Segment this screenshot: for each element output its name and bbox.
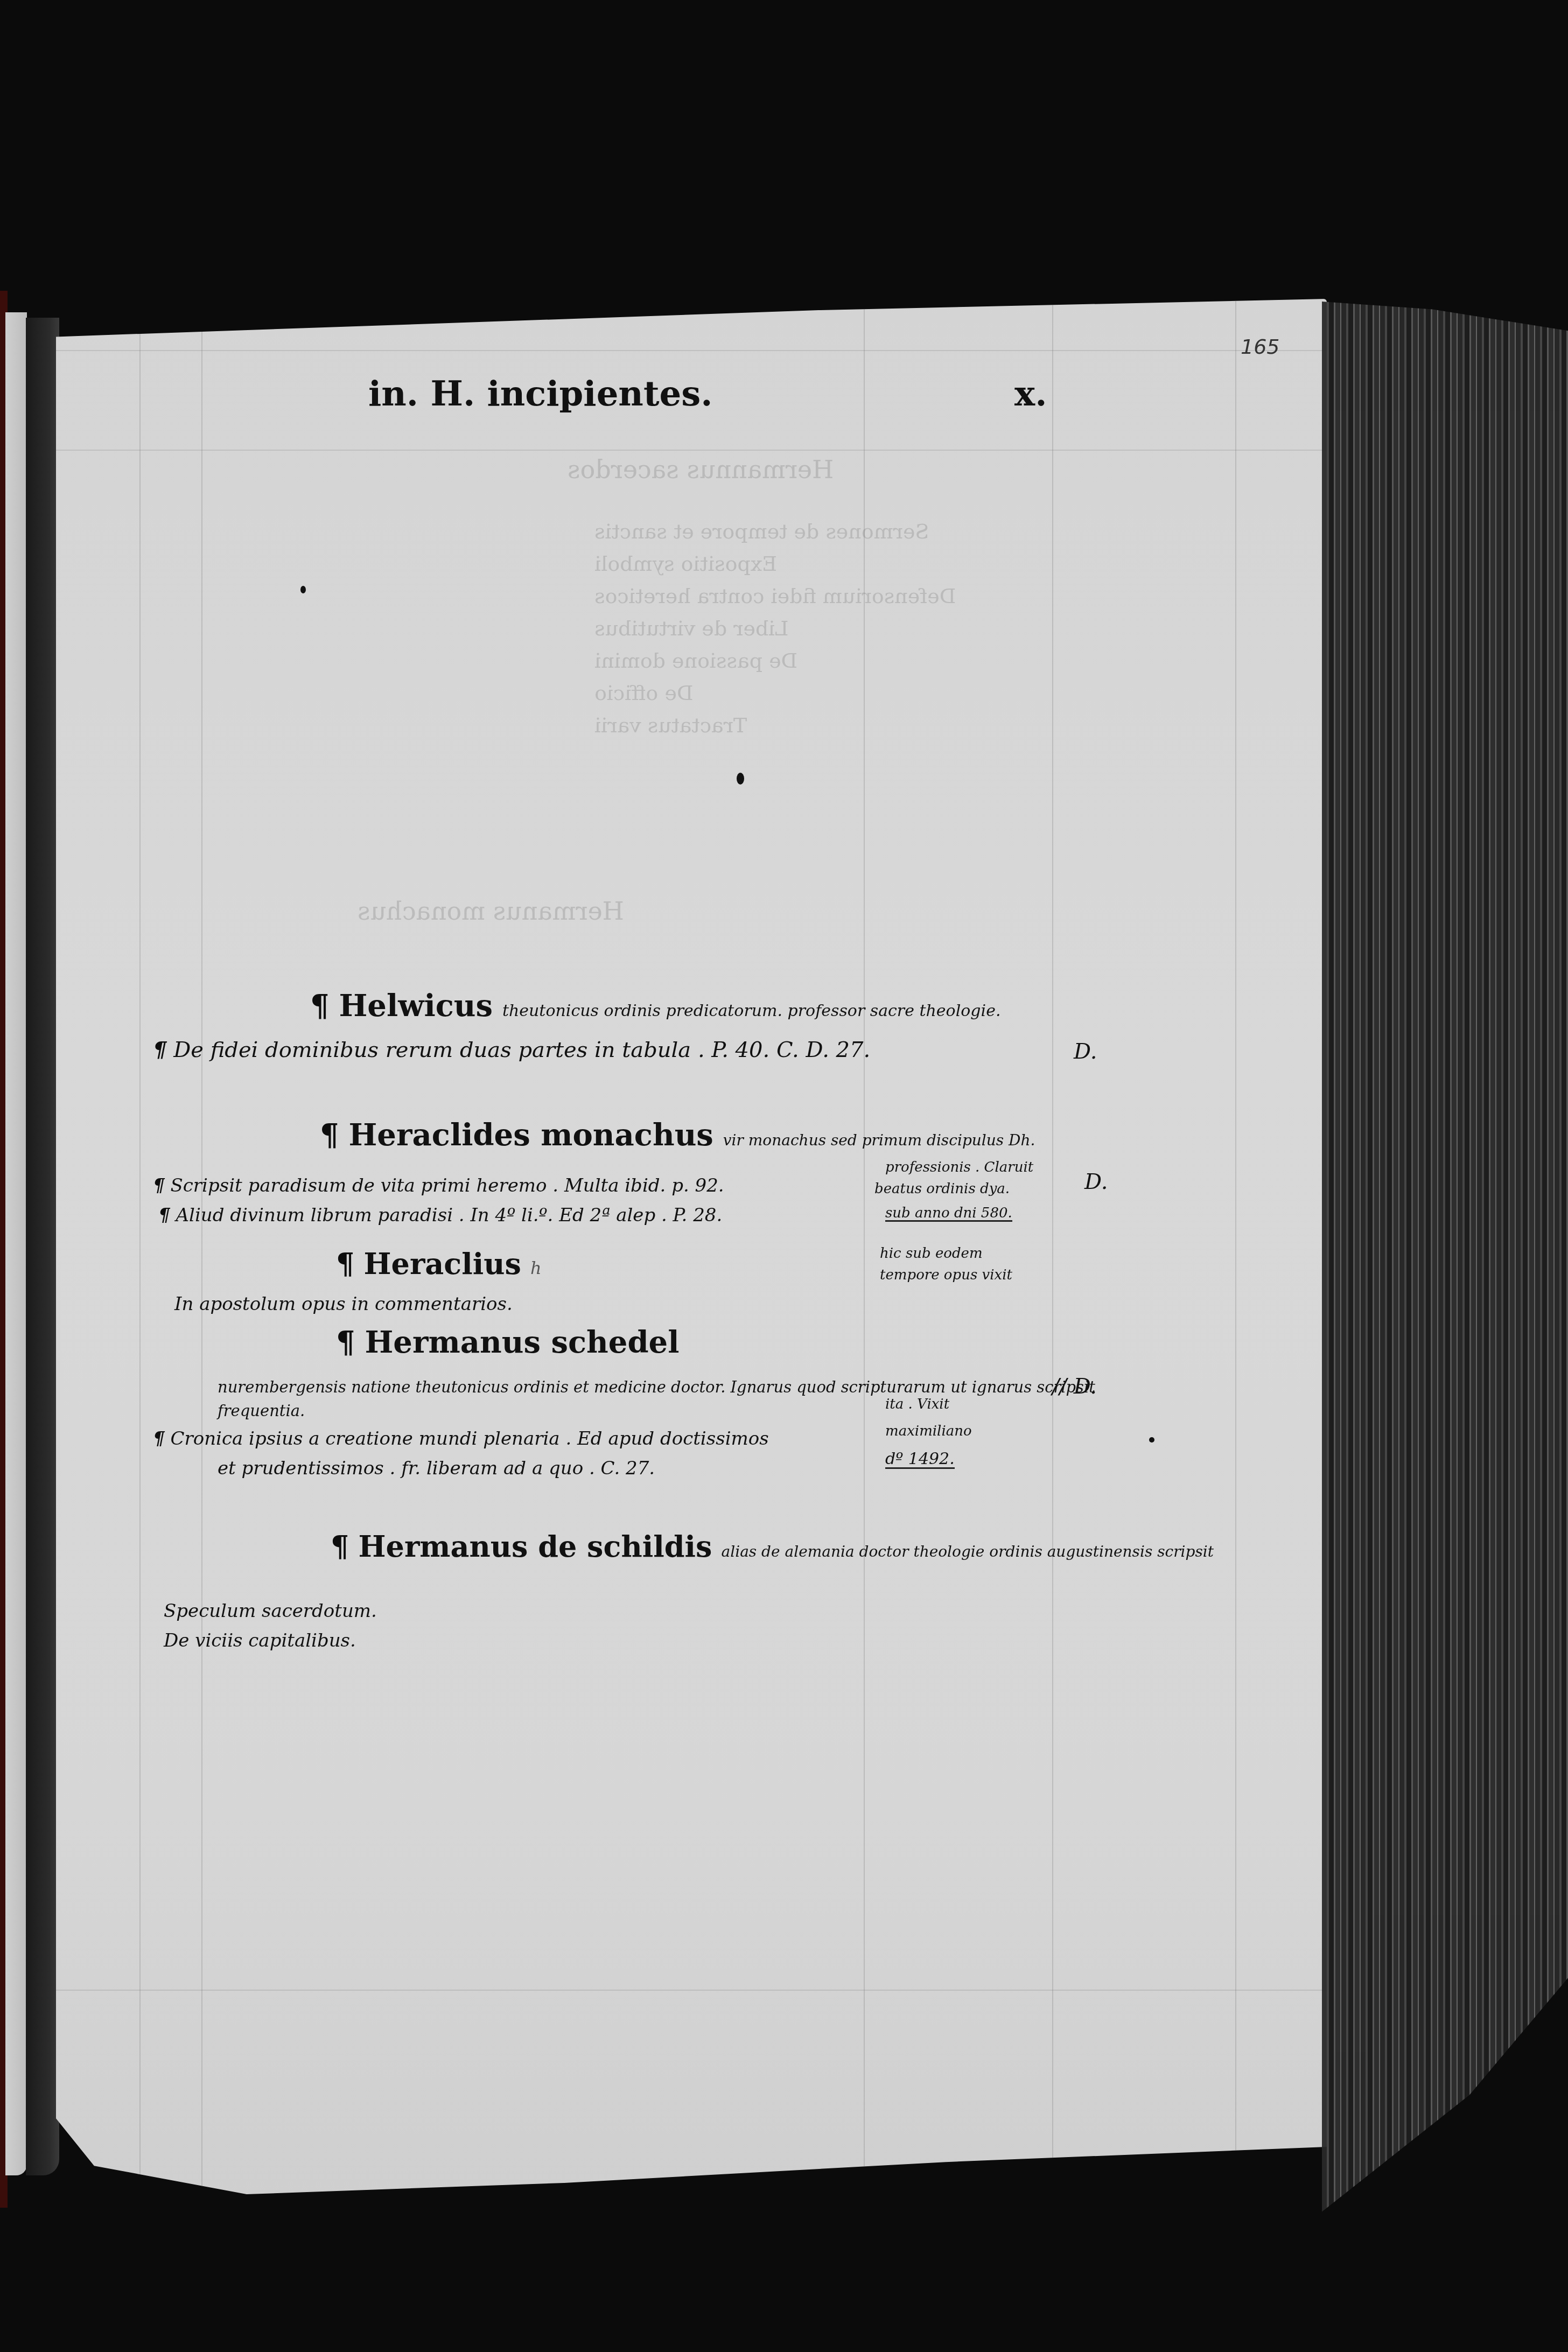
work-title: In apostolum opus in commentarios. xyxy=(174,1295,513,1313)
work-title: De fidei dominibus rerum duas partes in … xyxy=(173,1038,870,1062)
bleed-through-heading: Hermanus monachus xyxy=(358,897,624,926)
margin-note: sub anno dni 580. xyxy=(885,1206,1012,1222)
pilcrow-icon: ¶ xyxy=(320,1117,339,1153)
margin-note: dº 1492. xyxy=(885,1451,955,1469)
ruling-line xyxy=(1052,299,1053,2194)
work-title: Scripsit paradisum de vita primi heremo … xyxy=(170,1175,724,1196)
pilcrow-icon: ¶ xyxy=(336,1325,355,1360)
entry-description: alias de alemania doctor theologie ordin… xyxy=(722,1543,1214,1560)
bleed-through-line: Defensorium fidei contra hereticos xyxy=(594,584,956,608)
ink-blot xyxy=(1149,1437,1154,1443)
ruling-line xyxy=(56,450,1327,451)
book-fore-edge xyxy=(1322,302,1568,2251)
bleed-through-heading: Hermannus sacerdos xyxy=(568,455,834,484)
entry-name: Hermanus de schildis xyxy=(359,1529,712,1564)
margin-note: ita . Vixit xyxy=(885,1397,949,1411)
pilcrow-icon: ¶ xyxy=(336,1247,354,1281)
bleed-through-line: Expositio symboli xyxy=(594,552,777,576)
pilcrow-icon: ¶ xyxy=(310,988,330,1024)
entry-description: nurembergensis natione theutonicus ordin… xyxy=(218,1376,1133,1423)
ruling-line xyxy=(201,299,202,2194)
work-title: Speculum sacerdotum. xyxy=(164,1602,377,1620)
margin-note: beatus ordinis dya. xyxy=(874,1182,1010,1196)
ruling-line xyxy=(56,1990,1327,1991)
work-title: Cronica ipsius a creatione mundi plenari… xyxy=(170,1428,768,1450)
entry-description: theutonicus ordinis predicatorum. profes… xyxy=(502,1002,1001,1020)
margin-note: professionis . Claruit xyxy=(885,1160,1033,1174)
pilcrow-icon: ¶ xyxy=(153,1037,166,1062)
folio-number: 165 xyxy=(1241,337,1280,357)
margin-note: hic sub eodem xyxy=(880,1247,983,1261)
bleed-through-line: Liber de virtutibus xyxy=(594,617,789,640)
margin-note: maximiliano xyxy=(885,1424,972,1438)
margin-mark: D. xyxy=(1084,1171,1108,1193)
ruling-line xyxy=(139,299,141,2194)
work-title: De viciis capitalibus. xyxy=(164,1632,356,1650)
margin-mark: D. xyxy=(1074,1041,1097,1062)
pilcrow-icon: ¶ xyxy=(153,1428,165,1450)
work-title: et prudentissimos . fr. liberam ad a quo… xyxy=(218,1459,655,1478)
entry-name: Heraclius xyxy=(364,1247,521,1281)
ink-blot xyxy=(300,586,306,593)
bleed-through-line: Tractatus varii xyxy=(594,713,747,737)
entry-name: Hermanus schedel xyxy=(365,1325,679,1360)
running-head-right: x. xyxy=(1014,377,1047,411)
running-head-left: in. H. incipientes. xyxy=(368,377,712,411)
margin-mark: // D. xyxy=(1052,1376,1097,1397)
ruling-line xyxy=(864,299,865,2194)
entry-suffix: h xyxy=(530,1258,542,1278)
ruling-line xyxy=(1235,299,1236,2194)
manuscript-page: Hermannus sacerdos Sermones de tempore e… xyxy=(56,299,1327,2194)
gutter-shadow xyxy=(26,318,59,2175)
pilcrow-icon: ¶ xyxy=(158,1205,170,1226)
margin-note: tempore opus vixit xyxy=(880,1268,1012,1282)
pilcrow-icon: ¶ xyxy=(331,1529,349,1564)
bleed-through-line: De officio xyxy=(594,681,693,705)
entry-description: vir monachus sed primum discipulus Dh. xyxy=(723,1131,1035,1149)
ruling-line xyxy=(56,350,1327,351)
bleed-through-line: Sermones de tempore et sanctis xyxy=(594,520,929,543)
entry-name: Helwicus xyxy=(339,988,493,1024)
entry-name: Heraclides monachus xyxy=(348,1117,713,1153)
work-title: Aliud divinum librum paradisi . In 4º li… xyxy=(176,1205,722,1226)
facing-page-edge xyxy=(5,312,27,2175)
bleed-through-line: De passione domini xyxy=(594,649,797,673)
ink-blot xyxy=(737,773,744,785)
pilcrow-icon: ¶ xyxy=(153,1175,165,1196)
